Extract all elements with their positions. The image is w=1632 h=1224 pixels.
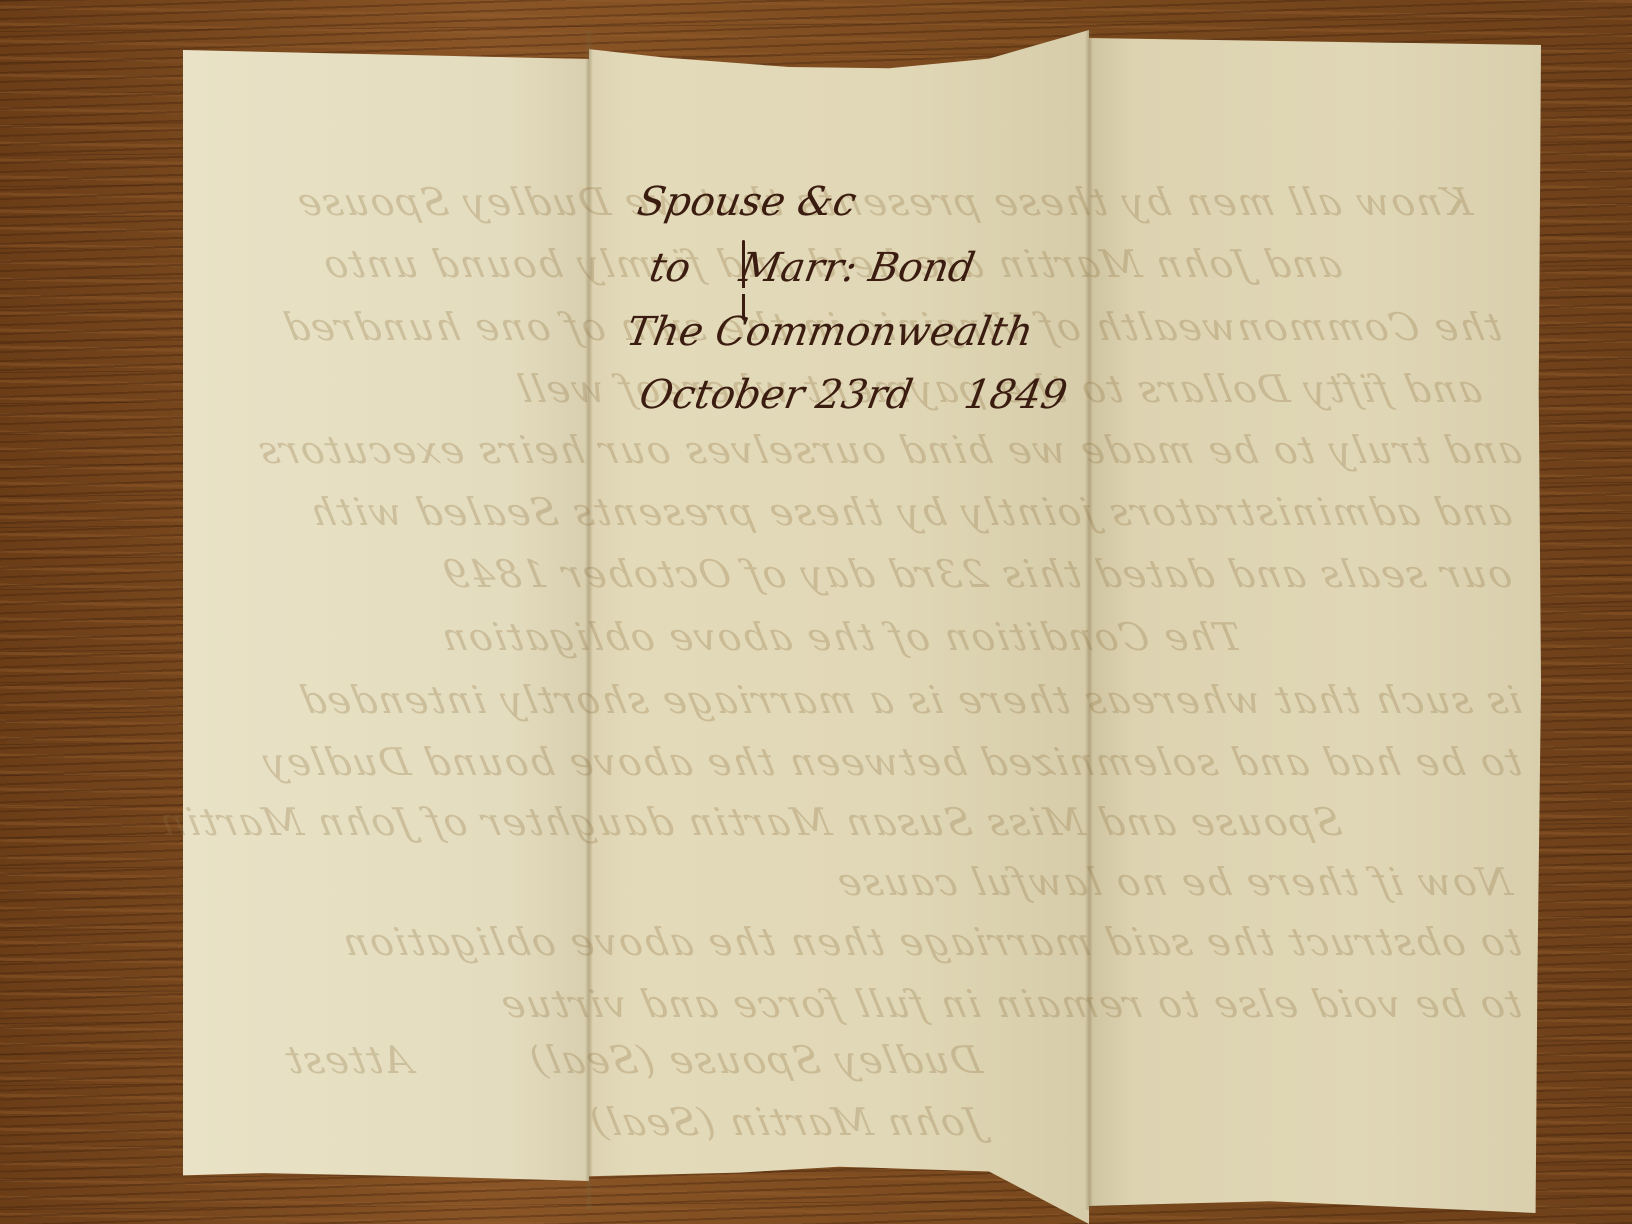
paper-panel-left <box>183 50 589 1181</box>
docket-date: October 23rd 1849 <box>636 375 1070 415</box>
docket-date-month-day: October 23rd <box>636 372 916 418</box>
fold-crease-right <box>1085 30 1093 1210</box>
docket-title: toMarr: Bond <box>646 248 977 288</box>
docket-to: to <box>646 245 694 291</box>
fold-crease-left <box>585 30 593 1210</box>
paper-panel-right <box>1089 38 1541 1213</box>
document-photo: Know all men by these presents that we D… <box>0 0 1632 1224</box>
docket-bond-type: Marr: Bond <box>736 245 978 291</box>
docket-date-year: 1849 <box>961 372 1071 418</box>
docket-party-name: Spouse &c <box>634 182 859 222</box>
docket-obligee: The Commonwealth <box>623 312 1036 352</box>
docket-brace <box>742 240 745 320</box>
docket-brace-gap <box>741 288 746 294</box>
